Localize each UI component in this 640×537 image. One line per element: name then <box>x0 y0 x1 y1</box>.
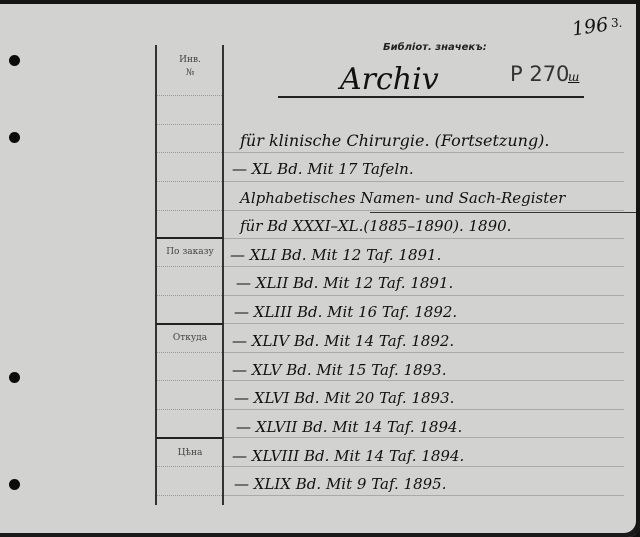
inv-label: Инв. <box>157 55 223 65</box>
ruled-line <box>224 409 624 410</box>
entry-line: — XLII Bd. Mit 12 Taf. 1891. <box>236 274 453 292</box>
punch-hole-icon <box>9 479 20 490</box>
ruled-line <box>224 466 624 467</box>
register-underline <box>370 212 636 213</box>
ruled-line <box>224 210 624 211</box>
dotted-rule <box>157 380 222 382</box>
dotted-rule <box>157 181 222 183</box>
dotted-rule <box>157 95 222 97</box>
section-divider <box>156 323 223 325</box>
section-divider <box>156 237 223 239</box>
punch-hole-icon <box>9 132 20 143</box>
dotted-rule <box>157 124 222 126</box>
library-mark-label: Библіот. значекъ: <box>383 42 487 53</box>
dotted-rule <box>157 409 222 411</box>
ruled-line <box>224 380 624 381</box>
inv-number-label: № <box>157 68 223 78</box>
ruled-line <box>224 437 624 438</box>
shelfmark-suffix: ш <box>568 70 579 84</box>
entry-line: — XLIV Bd. Mit 14 Taf. 1892. <box>232 332 454 350</box>
ruled-line <box>224 238 624 239</box>
section-label-price: Цѣна <box>157 448 223 458</box>
dotted-rule <box>157 295 222 297</box>
ruled-line <box>224 352 624 353</box>
ruled-line <box>224 323 624 324</box>
card-title: Archiv <box>340 62 439 97</box>
dotted-rule <box>157 495 222 497</box>
page-number: 196 <box>571 14 610 41</box>
punch-hole-icon <box>9 55 20 66</box>
entry-line: — XLIX Bd. Mit 9 Taf. 1895. <box>234 475 446 493</box>
entry-line: — XLVI Bd. Mit 20 Taf. 1893. <box>234 389 454 407</box>
ruled-line <box>224 181 624 182</box>
section-label-order: По заказу <box>157 247 223 257</box>
dotted-rule <box>157 466 222 468</box>
dotted-rule <box>157 152 222 154</box>
entry-line: — XLV Bd. Mit 15 Taf. 1893. <box>232 361 446 379</box>
entry-line: Alphabetisches Namen- und Sach-Register <box>240 189 565 207</box>
catalog-card: 196 3. Инв. № По заказу Откуда Цѣна Библ… <box>0 0 640 537</box>
ruled-line <box>224 152 624 153</box>
entry-line: — XLVIII Bd. Mit 14 Taf. 1894. <box>232 447 464 465</box>
ruled-line <box>224 495 624 496</box>
entry-line: — XLIII Bd. Mit 16 Taf. 1892. <box>234 303 457 321</box>
title-underline <box>278 96 584 98</box>
entry-line: für klinische Chirurgie. (Fortsetzung). <box>240 131 550 150</box>
shelfmark: P 270 <box>510 62 569 86</box>
entry-line: für Bd XXXI–XL.(1885–1890). 1890. <box>240 217 511 235</box>
page-number-suffix: 3. <box>611 16 622 30</box>
entry-line: — XL Bd. Mit 17 Tafeln. <box>232 160 414 178</box>
ruled-line <box>224 266 624 267</box>
dotted-rule <box>157 352 222 354</box>
entry-line: — XLVII Bd. Mit 14 Taf. 1894. <box>236 418 462 436</box>
dotted-rule <box>157 266 222 268</box>
column-right-border <box>222 45 224 505</box>
entry-line: — XLI Bd. Mit 12 Taf. 1891. <box>230 246 441 264</box>
punch-hole-icon <box>9 372 20 383</box>
right-edge <box>636 0 640 537</box>
dotted-rule <box>157 210 222 212</box>
top-edge <box>0 0 640 4</box>
ruled-line <box>224 295 624 296</box>
section-label-from: Откуда <box>157 333 223 343</box>
section-divider <box>156 437 223 439</box>
column-left-border <box>155 45 157 505</box>
